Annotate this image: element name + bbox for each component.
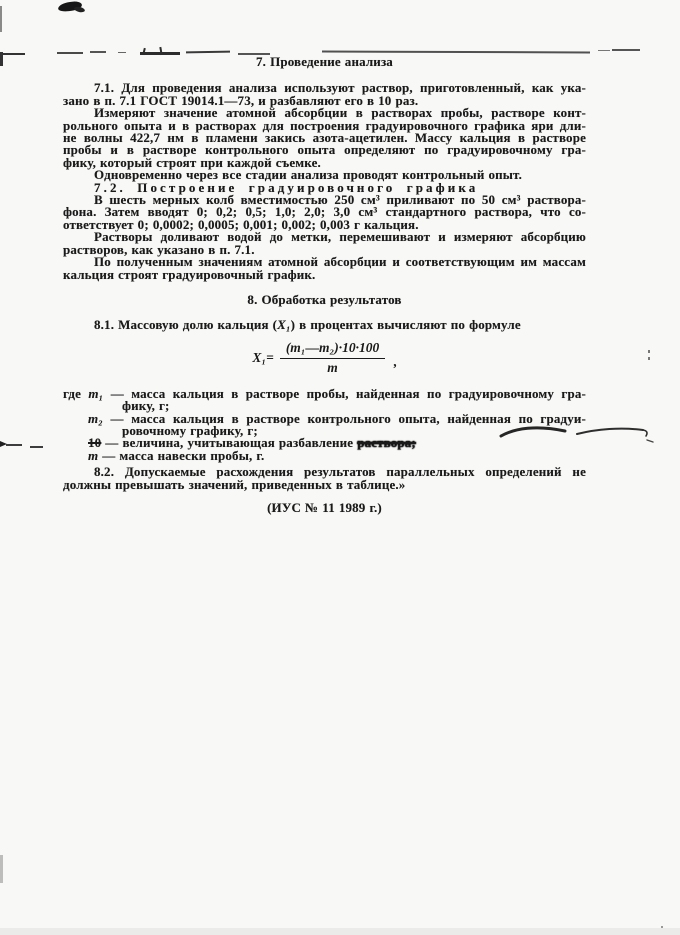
margin-dash-mark	[6, 444, 22, 446]
paragraph-calibration-curve: По полученным значениям атомной абсорбци…	[63, 256, 586, 281]
paragraph-flasks: В шесть мерных колб вместимостью 250 см³…	[63, 194, 586, 231]
formula-numerator: (m₁—m₂)·10·100	[280, 340, 385, 359]
text-fragment: где	[63, 386, 88, 401]
scan-speck	[661, 926, 663, 928]
source-note: (ИУС № 11 1989 г.)	[63, 502, 586, 514]
paragraph-dilution: Растворы доливают водой до метки, переме…	[63, 231, 586, 256]
variable-m2: m₂	[88, 411, 103, 426]
formula-definitions: где m₁ — масса кальция в растворе пробы,…	[63, 388, 586, 462]
scanned-page: 7. Проведение анализа 7.1. Для проведени…	[0, 0, 680, 935]
formula-comma: ,	[393, 354, 396, 376]
scan-rule-segment	[186, 51, 230, 54]
scan-rule-segment	[90, 51, 106, 53]
margin-dash-mark	[30, 446, 43, 448]
formula-mass-fraction: X₁= (m₁—m₂)·10·100 m ,	[63, 340, 586, 376]
paragraph-measurement: Измеряют значение атомной абсорбции в ра…	[63, 107, 586, 169]
section-7-heading: 7. Проведение анализа	[63, 56, 586, 68]
text-fragment: 8.1. Массовую долю кальция (	[94, 317, 277, 332]
scan-rule-segment	[3, 53, 25, 55]
scan-speck	[648, 350, 650, 353]
text-fragment: ) в процентах вычисляют по формуле	[291, 317, 521, 332]
document-body: 7. Проведение анализа 7.1. Для проведени…	[63, 56, 586, 514]
formula-lhs: X₁=	[252, 350, 273, 366]
page-bottom-edge	[0, 928, 680, 935]
scan-rule-segment	[57, 52, 83, 54]
page-edge-shadow	[0, 855, 3, 883]
formula-denominator: m	[280, 359, 385, 376]
text-line: должны превышать значений, приведенных в…	[63, 479, 586, 491]
formula-fraction: (m₁—m₂)·10·100 m	[280, 340, 385, 376]
scan-rule-segment	[598, 50, 610, 51]
struck-word-rastvora: раствора;	[357, 435, 416, 450]
paragraph-8-1: 8.1. Массовую долю кальция (X₁) в процен…	[63, 319, 586, 331]
paragraph-8-2: 8.2. Допускаемые расхождения результатов…	[63, 466, 586, 491]
text-fragment: — масса навески пробы, г.	[98, 448, 264, 463]
scan-rule-segment	[118, 52, 126, 53]
text-fragment: — масса кальция в растворе пробы, найден…	[103, 386, 586, 401]
scan-rule-segment	[612, 49, 640, 51]
left-edge-mark	[0, 6, 2, 32]
definition-m: m — масса навески пробы, г.	[63, 450, 586, 462]
variable-x1: X₁	[277, 317, 291, 332]
section-8-heading: 8. Обработка результатов	[63, 294, 586, 306]
scan-speck	[648, 357, 650, 360]
paragraph-7-1: 7.1. Для проведения анализа используют р…	[63, 82, 586, 107]
variable-m1: m₁	[88, 386, 103, 401]
variable-m: m	[88, 448, 98, 463]
scan-tick-mark	[159, 47, 162, 55]
text-line: кальция строят градуировочный график.	[63, 269, 586, 281]
ink-blob-small	[74, 6, 86, 13]
